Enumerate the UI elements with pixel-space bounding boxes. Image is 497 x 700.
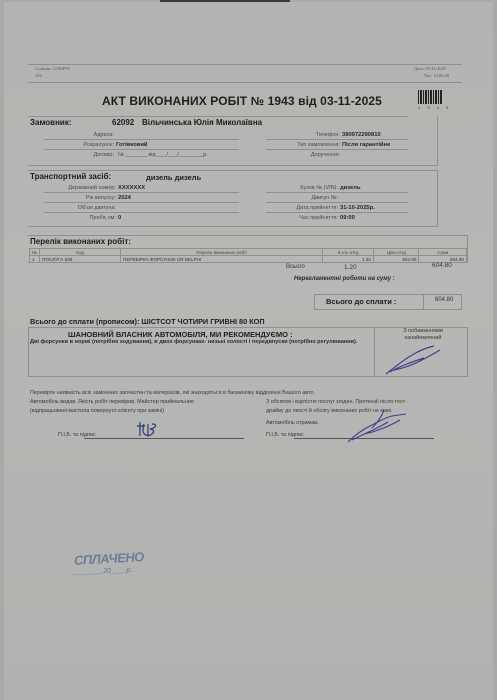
divider [266, 212, 408, 213]
divider [266, 192, 408, 193]
vin-label: Кузов № (VIN): [266, 185, 338, 191]
divider [266, 202, 408, 203]
contract-label: Договір: [44, 152, 114, 158]
accept-time-value: 09:00 [340, 215, 355, 221]
station-code: 154 [35, 73, 42, 78]
contract-value: № _______ від ___/___/________р. [118, 152, 208, 158]
right-note-line1: З обсягом і вартістю послуг згоден. Прет… [266, 399, 407, 405]
irregular-works-label: Нерегламентні роботи на суму : [294, 276, 395, 282]
vin-value: дизель [340, 185, 361, 191]
year-value: 2024 [118, 195, 131, 201]
table-header-row: № Код Перелік виконаних робіт К-сть нтгд… [30, 249, 467, 256]
total-label: Всього [286, 264, 305, 270]
recommendation-heading: ШАНОВНИЙ ВЛАСНИК АВТОМОБІЛЯ, МИ РЕКОМЕНД… [68, 330, 293, 339]
recommendation-text: Дві форсунки в нормі (потрібно кодування… [30, 339, 370, 346]
master-signature-icon [136, 420, 162, 438]
station-label: Станція: COMPIN [35, 66, 70, 71]
total-sum: 604.80 [432, 262, 452, 269]
assignment-label: Доручення: [266, 152, 340, 158]
address-label: Адреса: [44, 132, 114, 138]
payment-value: Готівковий [116, 142, 147, 148]
engine-no-label: Двигун №: [266, 195, 338, 201]
left-note-line2: (відпрацьовані мастила повернуто клієнту… [30, 408, 164, 414]
cell-code: ПОСЛУГА 638 [40, 256, 121, 263]
right-note-line3: Автомобіль отримав. [266, 420, 319, 426]
total-payable-value: 604.80 [435, 297, 453, 303]
header-date: Дата: 03-11-2025 [414, 66, 446, 71]
header-strip [28, 64, 462, 83]
cell-qty: 1.20 [323, 256, 374, 263]
mileage-value: 0 [118, 215, 121, 221]
divider [44, 212, 239, 213]
phone-label: Телефон: [266, 132, 340, 138]
order-type-label: Тип замовлення: [266, 142, 340, 148]
divider [44, 202, 239, 203]
cell-price: 504.00 [373, 256, 419, 263]
payment-label: Розрахунок: [44, 142, 114, 148]
total-in-words: Всього до сплати (прописом): ШІСТСОТ ЧОТ… [30, 317, 265, 326]
document-page: Станція: COMPIN 154 Дата: 03-11-2025 Час… [4, 2, 493, 700]
plate-value: XXXXXXX [118, 185, 145, 191]
plate-label: Державний номер: [44, 185, 116, 191]
barcode-icon [418, 90, 442, 104]
column-header-no: № [30, 249, 40, 256]
mileage-label: Пробіг, км: [44, 215, 116, 221]
document-title: АКТ ВИКОНАНИХ РОБІТ № 1943 від 03-11-202… [102, 94, 382, 108]
total-qty: 1.20 [344, 264, 357, 271]
vehicle-model: дизель дизель [146, 173, 201, 182]
divider [423, 295, 424, 309]
header-time: Час: 14:06:30 [424, 73, 449, 78]
works-table: № Код Перелік виконаних робіт К-сть нтгд… [29, 248, 467, 263]
column-header-code: Код [40, 249, 121, 256]
customer-id: 62092 [112, 118, 134, 127]
accept-date-label: Дата прийняття: [266, 205, 338, 211]
divider [374, 328, 375, 376]
vehicle-heading: Транспортний засіб: [30, 172, 111, 181]
left-sign-line [84, 438, 244, 439]
divider [266, 149, 408, 150]
column-header-name: Перелік виконаних робіт [121, 249, 323, 256]
order-type-value: Після гарантійне [342, 142, 390, 148]
divider [44, 139, 239, 140]
left-note-line1: Автомобіль видав. Якість робіт перевірив… [30, 399, 195, 405]
acknowledged-label: З побажаннями ознайомлений [397, 328, 449, 342]
cell-no: 1 [30, 256, 40, 263]
cell-name: ПЕРЕВІРКА ФОРСУНОК CR DELPHI [121, 256, 323, 263]
divider [28, 116, 408, 117]
customer-name: Вільчинська Юлія Миколаївна [142, 118, 262, 127]
check-note: Перевірте наявність всіх замінених запча… [30, 390, 315, 396]
column-header-price: Ціна нтгд [373, 249, 419, 256]
engine-volume-label: Об'єм двигуна: [44, 205, 116, 211]
paid-stamp: СПЛАЧЕНО [74, 549, 144, 568]
column-header-sum: Сума [419, 249, 467, 256]
column-header-qty: К-сть нтгд [323, 249, 374, 256]
accept-time-label: Час прийняття: [266, 215, 338, 221]
customer-signature-icon [344, 406, 414, 446]
divider [44, 149, 239, 150]
accept-date-value: 31-10-2025р. [340, 205, 375, 211]
client-signature-icon [384, 344, 444, 378]
barcode-number: 1 9 4 3 [418, 105, 451, 110]
customer-heading: Замовник: [30, 118, 72, 127]
total-payable-label: Всього до сплати : [326, 297, 396, 306]
year-label: Рік випуску: [44, 195, 116, 201]
stamp-date-line: ________20____р. [72, 567, 133, 576]
divider [266, 139, 408, 140]
phone-value: 380972290810 [342, 132, 381, 138]
divider [44, 192, 239, 193]
table-row: 1 ПОСЛУГА 638 ПЕРЕВІРКА ФОРСУНОК CR DELP… [30, 256, 467, 263]
works-heading: Перелік виконаних робіт: [30, 237, 131, 246]
